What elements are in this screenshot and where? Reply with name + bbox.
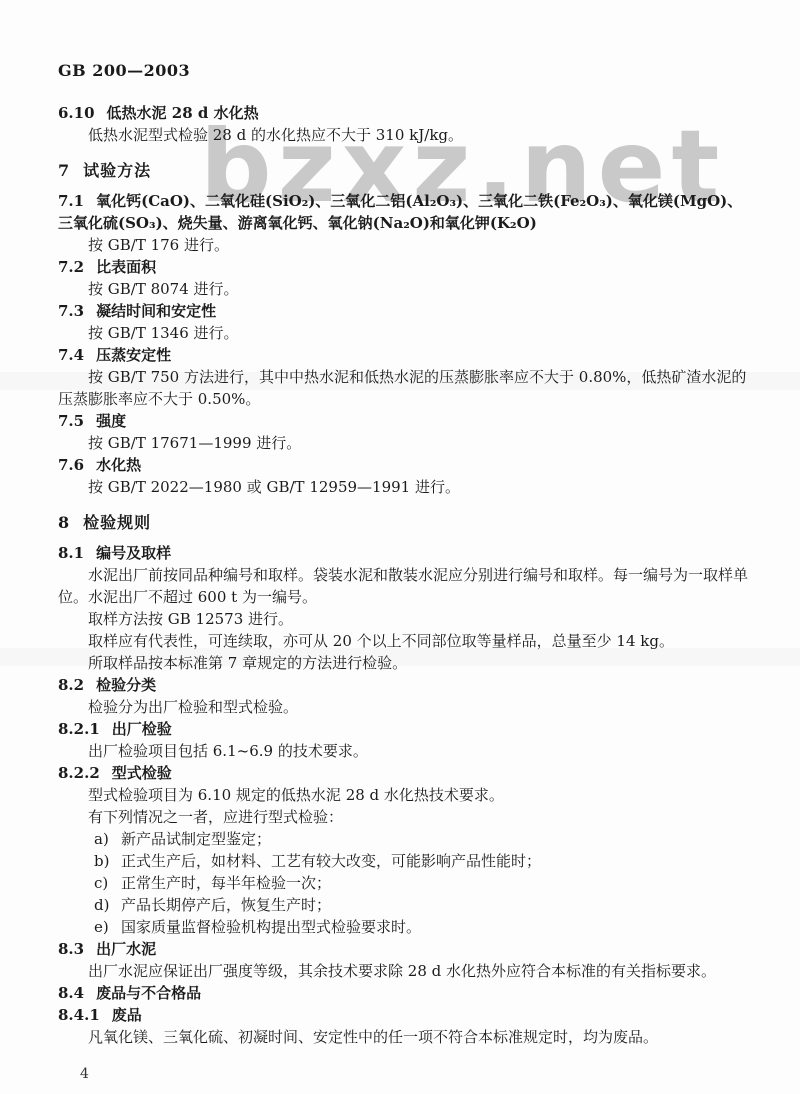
clause-title: 出厂检验 <box>112 720 172 738</box>
clause-title: 比表面积 <box>96 258 156 276</box>
chapter-title: 试验方法 <box>83 161 151 180</box>
chapter-heading-8: 8检验规则 <box>58 512 748 534</box>
chapter-heading-7: 7试验方法 <box>58 160 748 182</box>
list-item-text: 新产品试制定型鉴定； <box>121 830 271 848</box>
document-content: GB 200—2003 6.10低热水泥 28 d 水化热 低热水泥型式检验 2… <box>0 0 800 1048</box>
clause-body-6-10: 低热水泥型式检验 28 d 的水化热应不大于 310 kJ/kg。 <box>58 124 748 146</box>
list-item-b: b)正式生产后，如材料、工艺有较大改变，可能影响产品性能时； <box>58 850 748 872</box>
list-item-label: c) <box>94 872 121 894</box>
clause-body-7-6: 按 GB/T 2022—1980 或 GB/T 12959—1991 进行。 <box>58 476 748 498</box>
chapter-title: 检验规则 <box>83 513 151 532</box>
list-item-text: 产品长期停产后，恢复生产时； <box>121 896 331 914</box>
clause-heading-8-1: 8.1编号及取样 <box>58 542 748 564</box>
clause-title: 废品 <box>112 1006 142 1024</box>
clause-body-8-1-p2: 取样方法按 GB 12573 进行。 <box>58 608 748 630</box>
clause-number: 8.3 <box>58 940 84 958</box>
list-item-text: 国家质量监督检验机构提出型式检验要求时。 <box>121 918 421 936</box>
clause-number: 7.6 <box>58 456 84 474</box>
clause-title: 废品与不合格品 <box>96 984 201 1002</box>
list-item-label: b) <box>94 850 121 872</box>
clause-body-7-4: 按 GB/T 750 方法进行，其中中热水泥和低热水泥的压蒸膨胀率应不大于 0.… <box>58 366 748 410</box>
scanned-document-page: bzxz.net GB 200—2003 6.10低热水泥 28 d 水化热 低… <box>0 0 800 1094</box>
clause-number: 7.1 <box>58 192 84 210</box>
clause-title: 氧化钙(CaO)、二氧化硅(SiO₂)、三氧化二铝(Al₂O₃)、三氧化二铁(F… <box>58 192 742 232</box>
clause-number: 8.2.1 <box>58 720 100 738</box>
type-inspection-conditions-list: a)新产品试制定型鉴定； b)正式生产后，如材料、工艺有较大改变，可能影响产品性… <box>58 828 748 938</box>
list-item-label: d) <box>94 894 121 916</box>
clause-heading-7-4: 7.4压蒸安定性 <box>58 344 748 366</box>
clause-body-7-5: 按 GB/T 17671—1999 进行。 <box>58 432 748 454</box>
list-item-e: e)国家质量监督检验机构提出型式检验要求时。 <box>58 916 748 938</box>
clause-heading-8-4: 8.4废品与不合格品 <box>58 982 748 1004</box>
list-item-text: 正式生产后，如材料、工艺有较大改变，可能影响产品性能时； <box>121 852 541 870</box>
clause-heading-8-2-1: 8.2.1出厂检验 <box>58 718 748 740</box>
clause-number: 6.10 <box>58 104 95 122</box>
clause-number: 8.2.2 <box>58 764 100 782</box>
clause-body-7-3: 按 GB/T 1346 进行。 <box>58 322 748 344</box>
clause-body-7-1: 按 GB/T 176 进行。 <box>58 234 748 256</box>
page-number: 4 <box>80 1066 89 1082</box>
clause-title: 凝结时间和安定性 <box>96 302 216 320</box>
clause-body-8-3: 出厂水泥应保证出厂强度等级，其余技术要求除 28 d 水化热外应符合本标准的有关… <box>58 960 748 982</box>
clause-body-8-1-p4: 所取样品按本标准第 7 章规定的方法进行检验。 <box>58 652 748 674</box>
clause-heading-7-2: 7.2比表面积 <box>58 256 748 278</box>
clause-heading-6-10: 6.10低热水泥 28 d 水化热 <box>58 102 748 124</box>
clause-heading-7-1: 7.1氧化钙(CaO)、二氧化硅(SiO₂)、三氧化二铝(Al₂O₃)、三氧化二… <box>58 190 748 234</box>
clause-heading-7-5: 7.5强度 <box>58 410 748 432</box>
clause-heading-8-4-1: 8.4.1废品 <box>58 1004 748 1026</box>
clause-number: 7.2 <box>58 258 84 276</box>
clause-body-8-2-2-p1: 型式检验项目为 6.10 规定的低热水泥 28 d 水化热技术要求。 <box>58 784 748 806</box>
list-item-c: c)正常生产时，每半年检验一次； <box>58 872 748 894</box>
clause-number: 8.2 <box>58 676 84 694</box>
clause-heading-7-6: 7.6水化热 <box>58 454 748 476</box>
clause-number: 7.4 <box>58 346 84 364</box>
clause-body-8-4-1: 凡氧化镁、三氧化硫、初凝时间、安定性中的任一项不符合本标准规定时，均为废品。 <box>58 1026 748 1048</box>
doc-code: GB 200—2003 <box>58 60 748 82</box>
list-item-text: 正常生产时，每半年检验一次； <box>121 874 331 892</box>
clause-number: 8.4.1 <box>58 1006 100 1024</box>
list-item-label: e) <box>94 916 121 938</box>
chapter-number: 8 <box>58 513 69 532</box>
clause-body-8-2-2-p2: 有下列情况之一者，应进行型式检验： <box>58 806 748 828</box>
clause-title: 压蒸安定性 <box>96 346 171 364</box>
clause-heading-7-3: 7.3凝结时间和安定性 <box>58 300 748 322</box>
clause-body-8-2-1: 出厂检验项目包括 6.1~6.9 的技术要求。 <box>58 740 748 762</box>
clause-title: 检验分类 <box>96 676 156 694</box>
clause-title: 水化热 <box>96 456 141 474</box>
clause-title: 出厂水泥 <box>96 940 156 958</box>
list-item-label: a) <box>94 828 121 850</box>
list-item-a: a)新产品试制定型鉴定； <box>58 828 748 850</box>
clause-heading-8-2-2: 8.2.2型式检验 <box>58 762 748 784</box>
clause-title: 编号及取样 <box>96 544 171 562</box>
clause-title: 强度 <box>96 412 126 430</box>
clause-heading-8-3: 8.3出厂水泥 <box>58 938 748 960</box>
clause-title: 型式检验 <box>112 764 172 782</box>
clause-heading-8-2: 8.2检验分类 <box>58 674 748 696</box>
clause-number: 7.3 <box>58 302 84 320</box>
list-item-d: d)产品长期停产后，恢复生产时； <box>58 894 748 916</box>
clause-body-8-1-p3: 取样应有代表性，可连续取，亦可从 20 个以上不同部位取等量样品，总量至少 14… <box>58 630 748 652</box>
clause-title: 低热水泥 28 d 水化热 <box>107 104 259 122</box>
clause-body-7-2: 按 GB/T 8074 进行。 <box>58 278 748 300</box>
clause-number: 7.5 <box>58 412 84 430</box>
clause-body-8-1-p1: 水泥出厂前按同品种编号和取样。袋装水泥和散装水泥应分别进行编号和取样。每一编号为… <box>58 564 748 608</box>
clause-body-8-2: 检验分为出厂检验和型式检验。 <box>58 696 748 718</box>
clause-number: 8.1 <box>58 544 84 562</box>
clause-number: 8.4 <box>58 984 84 1002</box>
chapter-number: 7 <box>58 161 69 180</box>
